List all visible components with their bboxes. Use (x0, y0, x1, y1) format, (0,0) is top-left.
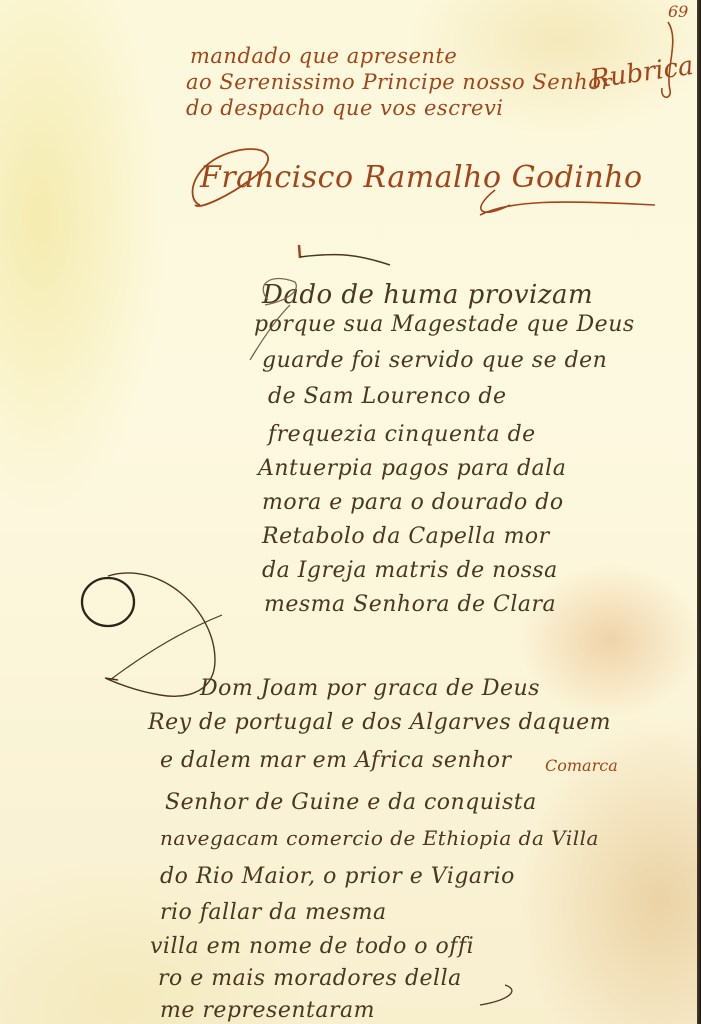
header-line-1: mandado que apresente (190, 44, 457, 68)
header-line-2: ao Serenissimo Principe nosso Senhor (186, 70, 612, 94)
section-2-line: navegacam comercio de Ethiopia da Villa (160, 826, 599, 850)
section-2-line: do Rio Maior, o prior e Vigario (160, 864, 515, 889)
rubric-mark: Rubrica (588, 51, 695, 95)
section-2-line: villa em nome de todo o offi (150, 934, 474, 959)
section-1-line: mora e para o dourado do (262, 490, 564, 515)
section-1-line: guarde foi servido que se den (262, 348, 607, 373)
page-edge-shadow (697, 0, 701, 1024)
margin-note-red: Comarca (545, 756, 618, 775)
section-1-line: de Sam Lourenco de (268, 384, 507, 409)
section-1-line: da Igreja matris de nossa (262, 558, 558, 583)
section-2-line: rio fallar da mesma (160, 900, 387, 925)
signature: Francisco Ramalho Godinho (200, 160, 643, 195)
header-line-3: do despacho que vos escrevi (186, 96, 504, 120)
section-1-line: mesma Senhora de Clara (264, 592, 556, 617)
section-1-line: frequezia cinquenta de (268, 422, 536, 447)
section-1-line: Antuerpia pagos para dala (258, 456, 566, 481)
manuscript-page: 69 mandado que apresente ao Serenissimo … (0, 0, 697, 1024)
section-2-line: Senhor de Guine e da conquista (165, 790, 537, 815)
section-2-line: Rey de portugal e dos Algarves daquem (148, 710, 611, 735)
section-2-line: ro e mais moradores della (158, 966, 462, 991)
section-2-line: Dom Joam por graca de Deus (200, 676, 540, 701)
folio-number: 69 (668, 2, 688, 21)
section-1-line: porque sua Magestade que Deus (254, 312, 635, 337)
section-1-line: Dado de huma provizam (262, 280, 593, 310)
section-1-line: Retabolo da Capella mor (262, 524, 550, 549)
section-2-line: me representaram (160, 998, 375, 1023)
section-2-line: e dalem mar em Africa senhor (160, 748, 512, 773)
